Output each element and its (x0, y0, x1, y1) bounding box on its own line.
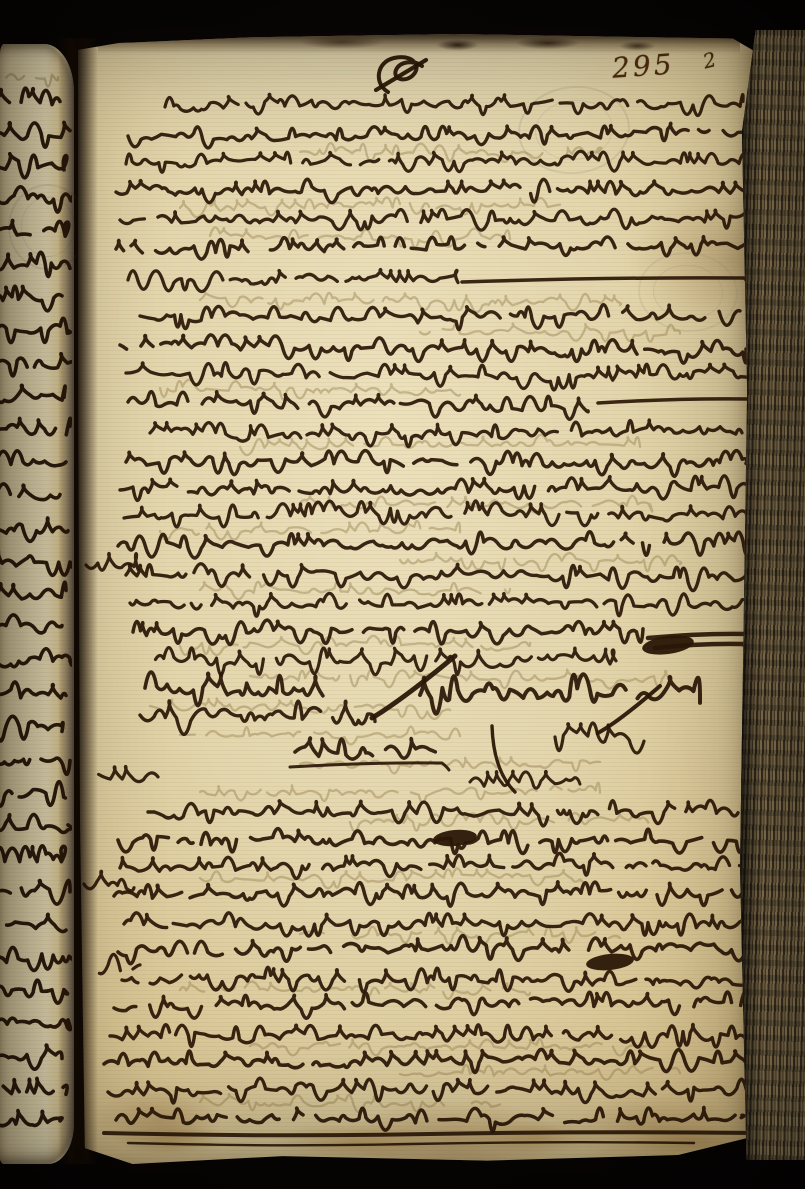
book-fore-edge (740, 30, 805, 1160)
seal-watermark (8, 184, 88, 270)
manuscript-page (78, 34, 760, 1164)
bottom-water-stain (92, 1094, 747, 1158)
seal-watermark (514, 80, 635, 179)
seal-watermark (635, 248, 742, 336)
facing-page-edge (0, 44, 74, 1164)
folio-number: 295 (611, 47, 676, 84)
folio-secondary-number: 2 (701, 46, 722, 73)
manuscript-photo: 2952 (0, 0, 805, 1189)
